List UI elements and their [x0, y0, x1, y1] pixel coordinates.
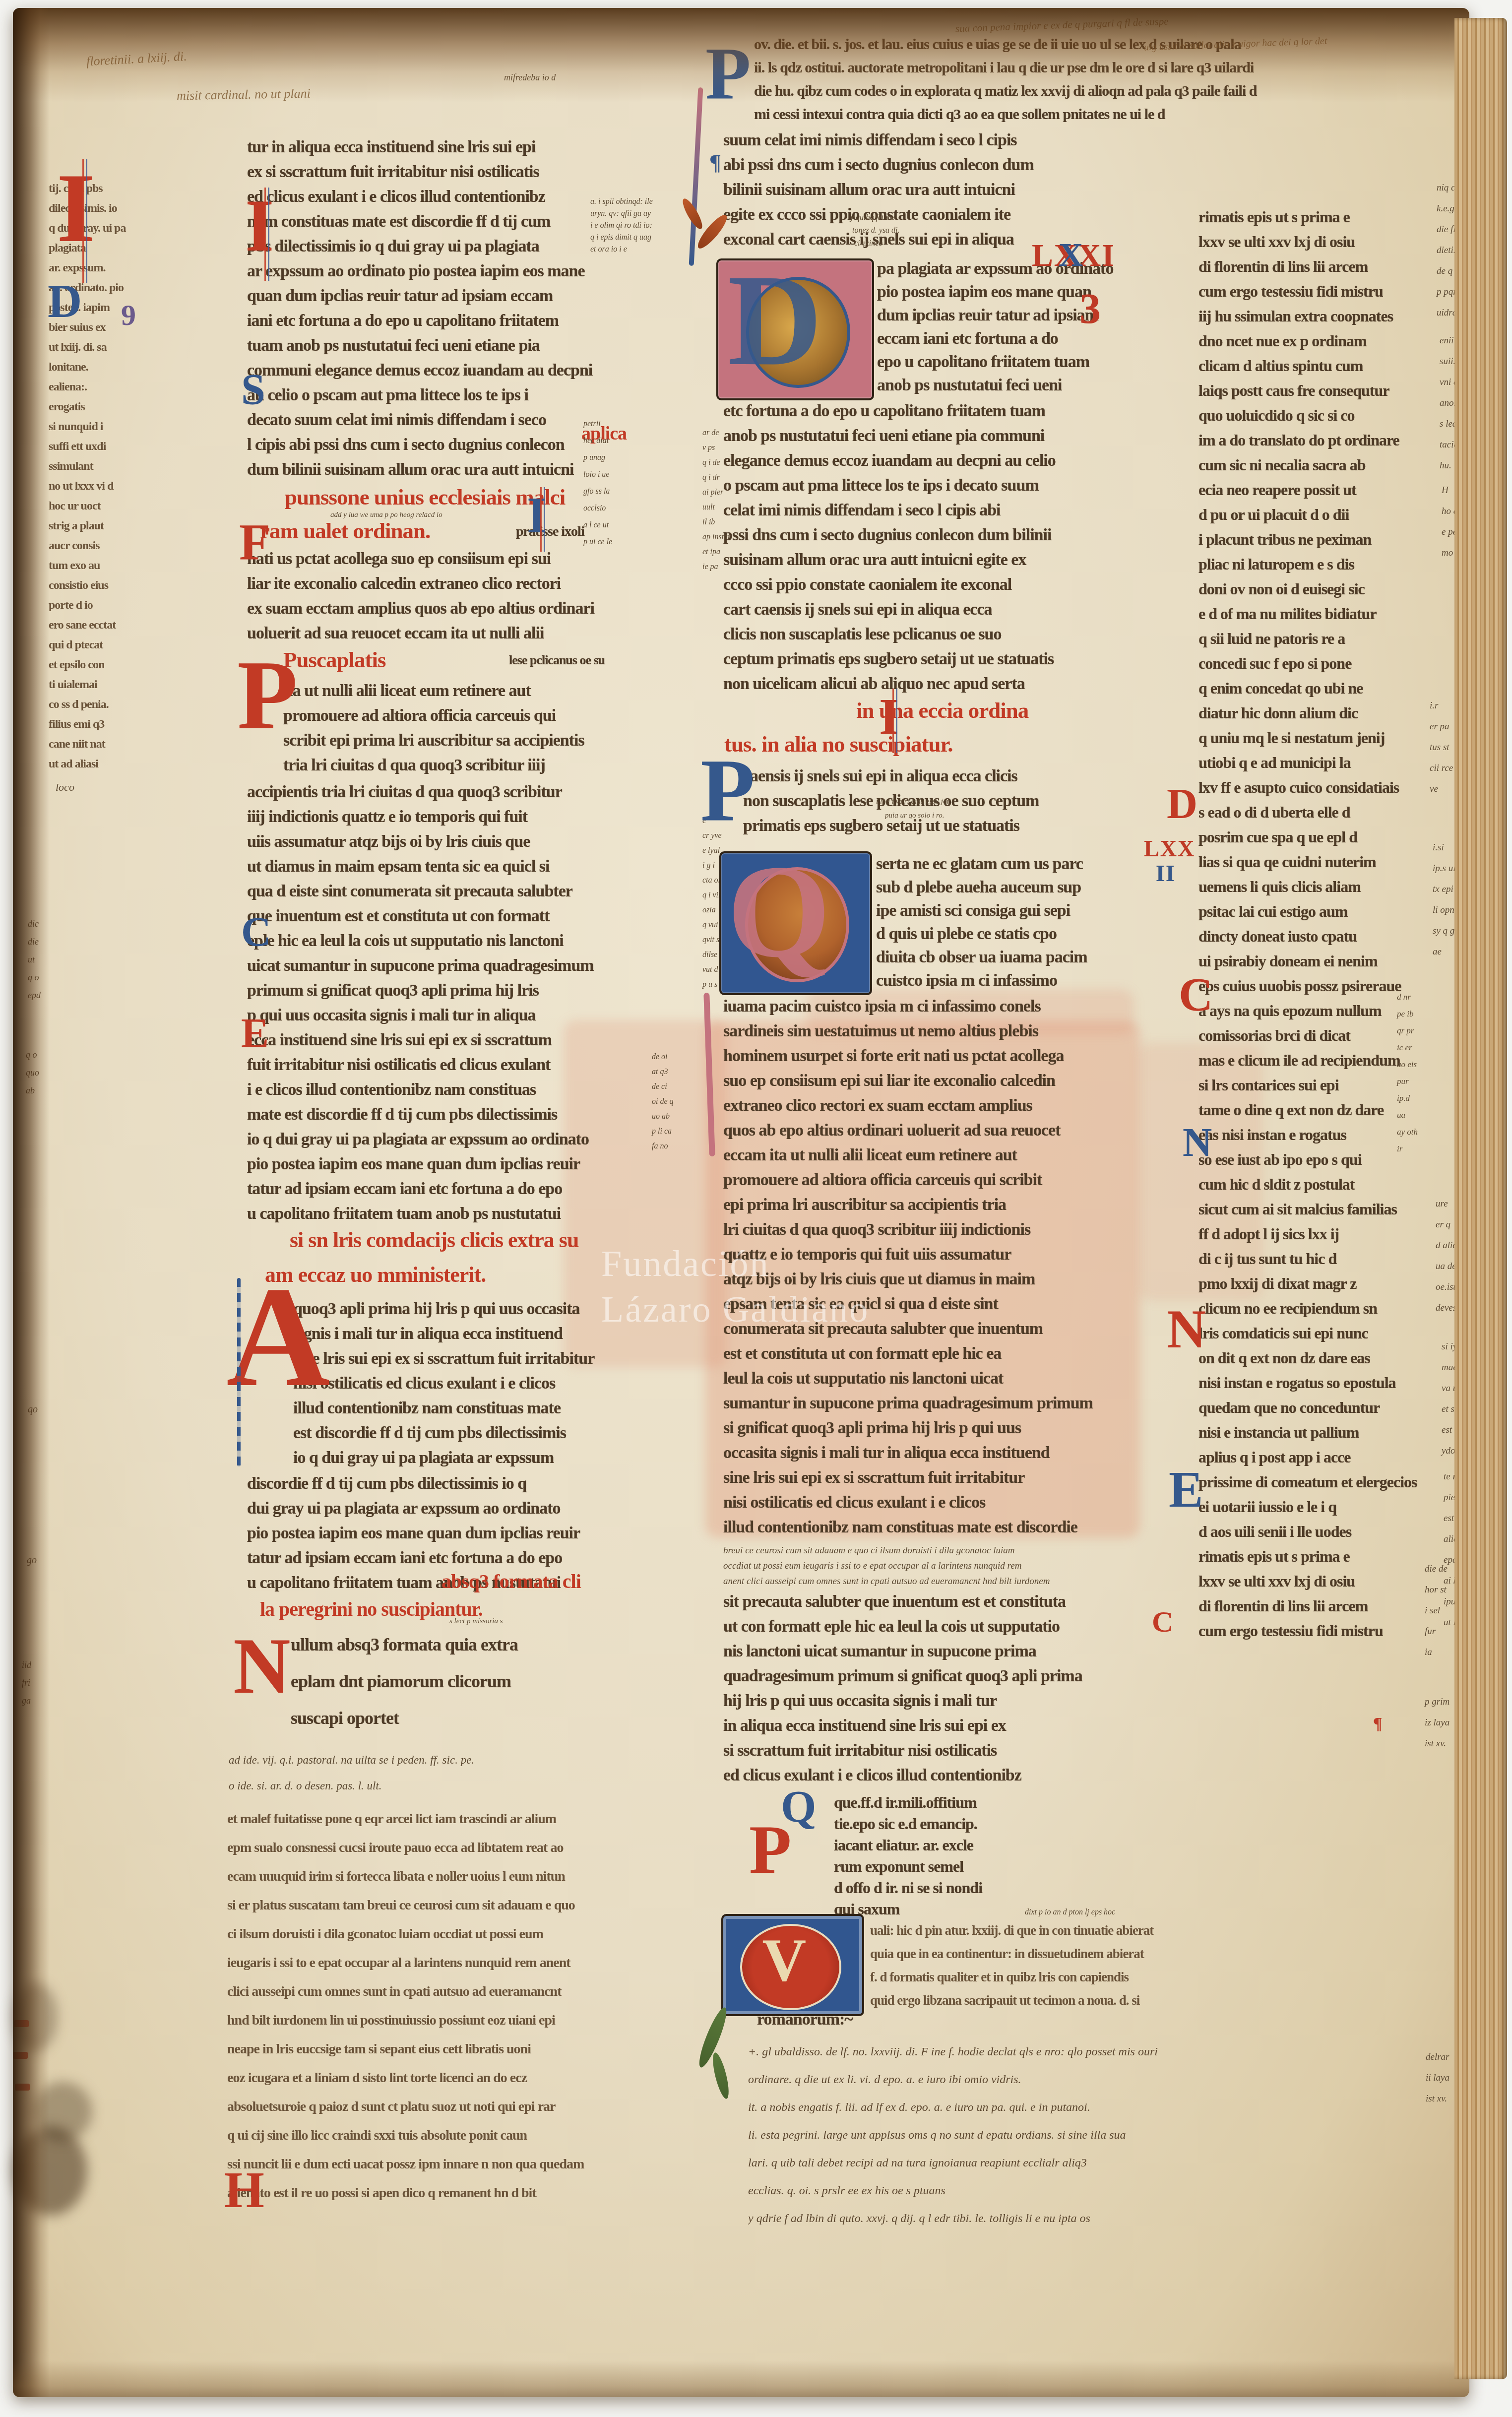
illuminated-initial-D: D	[716, 258, 874, 400]
page-bottom-edge	[13, 2360, 1469, 2397]
pen-initial-F: F	[239, 519, 271, 566]
pen-initial-9: 9	[121, 302, 136, 328]
parchment-page: ov. die. et bii. s. jos. et lau. eius cu…	[13, 8, 1469, 2397]
pen-initial-P: P	[237, 651, 298, 740]
pen-initial-C: C	[1179, 973, 1213, 1016]
pen-initial-C: C	[241, 914, 271, 952]
pen-initial-H: H	[224, 2167, 264, 2214]
initial-letter: Q	[727, 845, 830, 978]
watermark-line-2: Lázaro Galdiano	[601, 1287, 869, 1333]
initial-letter: V	[762, 1930, 806, 1991]
pen-initial-flourish	[82, 159, 87, 283]
pen-initial-E: E	[1169, 1466, 1203, 1513]
pen-initial-C: C	[1152, 1608, 1173, 1635]
initial-letter: D	[728, 255, 822, 386]
pen-initial-N: N	[1183, 1124, 1212, 1161]
pen-initial-P: P	[700, 750, 755, 830]
pen-initial-I: I	[245, 192, 274, 259]
manuscript-photo: ov. die. et bii. s. jos. et lau. eius cu…	[0, 0, 1512, 2417]
illuminated-initial-Q: Q	[719, 851, 872, 995]
pen-initial-flourish	[264, 188, 269, 281]
pen-initial-flourish	[540, 487, 545, 552]
pen-initial-I: I	[57, 164, 95, 253]
pen-initial-S: S	[241, 370, 265, 409]
pen-initial-N: N	[233, 1630, 291, 1702]
book-fore-edge	[1454, 18, 1507, 2379]
pen-initial-D: D	[1167, 785, 1197, 823]
binding-edge	[13, 8, 50, 2397]
pen-initial-A: A	[226, 1272, 330, 1401]
pen-flourish	[237, 1278, 241, 1466]
page-top-darkened-edge	[13, 8, 1469, 102]
pen-initial-D: D	[48, 280, 82, 322]
watermark: Fundación Lázaro Galdiano	[601, 1241, 869, 1333]
pen-initial-flourish	[892, 689, 897, 753]
foliate-flourish	[710, 2051, 732, 2100]
pen-initial-E: E	[241, 1015, 269, 1053]
pen-initial-P: P	[749, 1819, 792, 1881]
illuminated-initial-QV: V	[721, 1914, 864, 2016]
initials-layer: DQVPISFPCEIANHIDPIQPDCNNEC9	[13, 8, 1469, 2397]
pen-flourish	[703, 993, 715, 1156]
pen-initial-N: N	[1167, 1305, 1206, 1354]
watermark-line-1: Fundación	[601, 1241, 869, 1287]
